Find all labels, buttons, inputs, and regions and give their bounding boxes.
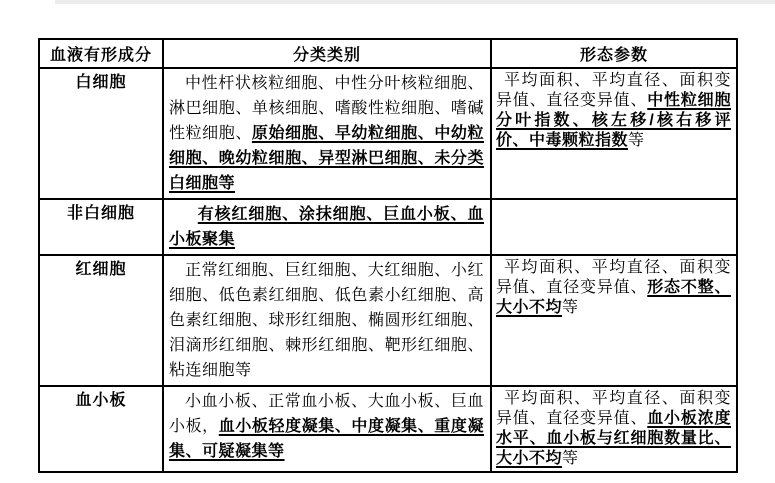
plain-text: 等 [628, 132, 645, 149]
classification-cell: 有核红细胞、涂抹细胞、巨血小板、血小板聚集 [163, 199, 491, 255]
header-row: 血液有形成分 分类类别 形态参数 [39, 39, 737, 68]
parameters-cell: 平均面积、平均直径、面积变异值、直径变异值、形态不整、大小不均等 [491, 255, 737, 386]
component-cell: 血小板 [39, 386, 163, 472]
table-body: 白细胞中性杆状核粒细胞、中性分叶核粒细胞、淋巴细胞、单核细胞、嗜酸性粒细胞、嗜碱… [39, 68, 737, 472]
emphasized-text: 有核红细胞、涂抹细胞、巨血小板、血小板聚集 [169, 206, 484, 248]
header-component: 血液有形成分 [39, 39, 163, 68]
plain-text: 正常红细胞、巨红细胞、大红细胞、小红细胞、低色素红细胞、低色素小红细胞、高色素红… [169, 262, 484, 379]
classification-cell: 小血小板、正常血小板、大血小板、巨血小板，血小板轻度凝集、中度凝集、重度凝集、可… [163, 386, 491, 472]
parameters-cell: 平均面积、平均直径、面积变异值、直径变异值、血小板浓度水平、血小板与红细胞数量比… [491, 386, 737, 472]
classification-cell: 正常红细胞、巨红细胞、大红细胞、小红细胞、低色素红细胞、低色素小红细胞、高色素红… [163, 255, 491, 386]
header-classification: 分类类别 [163, 39, 491, 68]
component-cell: 非白细胞 [39, 199, 163, 255]
plain-text: 等 [562, 299, 579, 316]
parameters-cell: 平均面积、平均直径、面积变异值、直径变异值、中性粒细胞分叶指数、核左移/核右移评… [491, 68, 737, 199]
blood-components-table: 血液有形成分 分类类别 形态参数 白细胞中性杆状核粒细胞、中性分叶核粒细胞、淋巴… [38, 38, 738, 473]
component-cell: 红细胞 [39, 255, 163, 386]
table-row: 白细胞中性杆状核粒细胞、中性分叶核粒细胞、淋巴细胞、单核细胞、嗜酸性粒细胞、嗜碱… [39, 68, 737, 199]
table-row: 非白细胞有核红细胞、涂抹细胞、巨血小板、血小板聚集 [39, 199, 737, 255]
component-cell: 白细胞 [39, 68, 163, 199]
top-edge-artifact [55, 0, 775, 4]
table-row: 红细胞正常红细胞、巨红细胞、大红细胞、小红细胞、低色素红细胞、低色素小红细胞、高… [39, 255, 737, 386]
table-row: 血小板小血小板、正常血小板、大血小板、巨血小板，血小板轻度凝集、中度凝集、重度凝… [39, 386, 737, 472]
header-parameters: 形态参数 [491, 39, 737, 68]
plain-text: 等 [562, 450, 579, 467]
parameters-cell [491, 199, 737, 255]
page: 血液有形成分 分类类别 形态参数 白细胞中性杆状核粒细胞、中性分叶核粒细胞、淋巴… [0, 0, 775, 483]
classification-cell: 中性杆状核粒细胞、中性分叶核粒细胞、淋巴细胞、单核细胞、嗜酸性粒细胞、嗜碱性粒细… [163, 68, 491, 199]
